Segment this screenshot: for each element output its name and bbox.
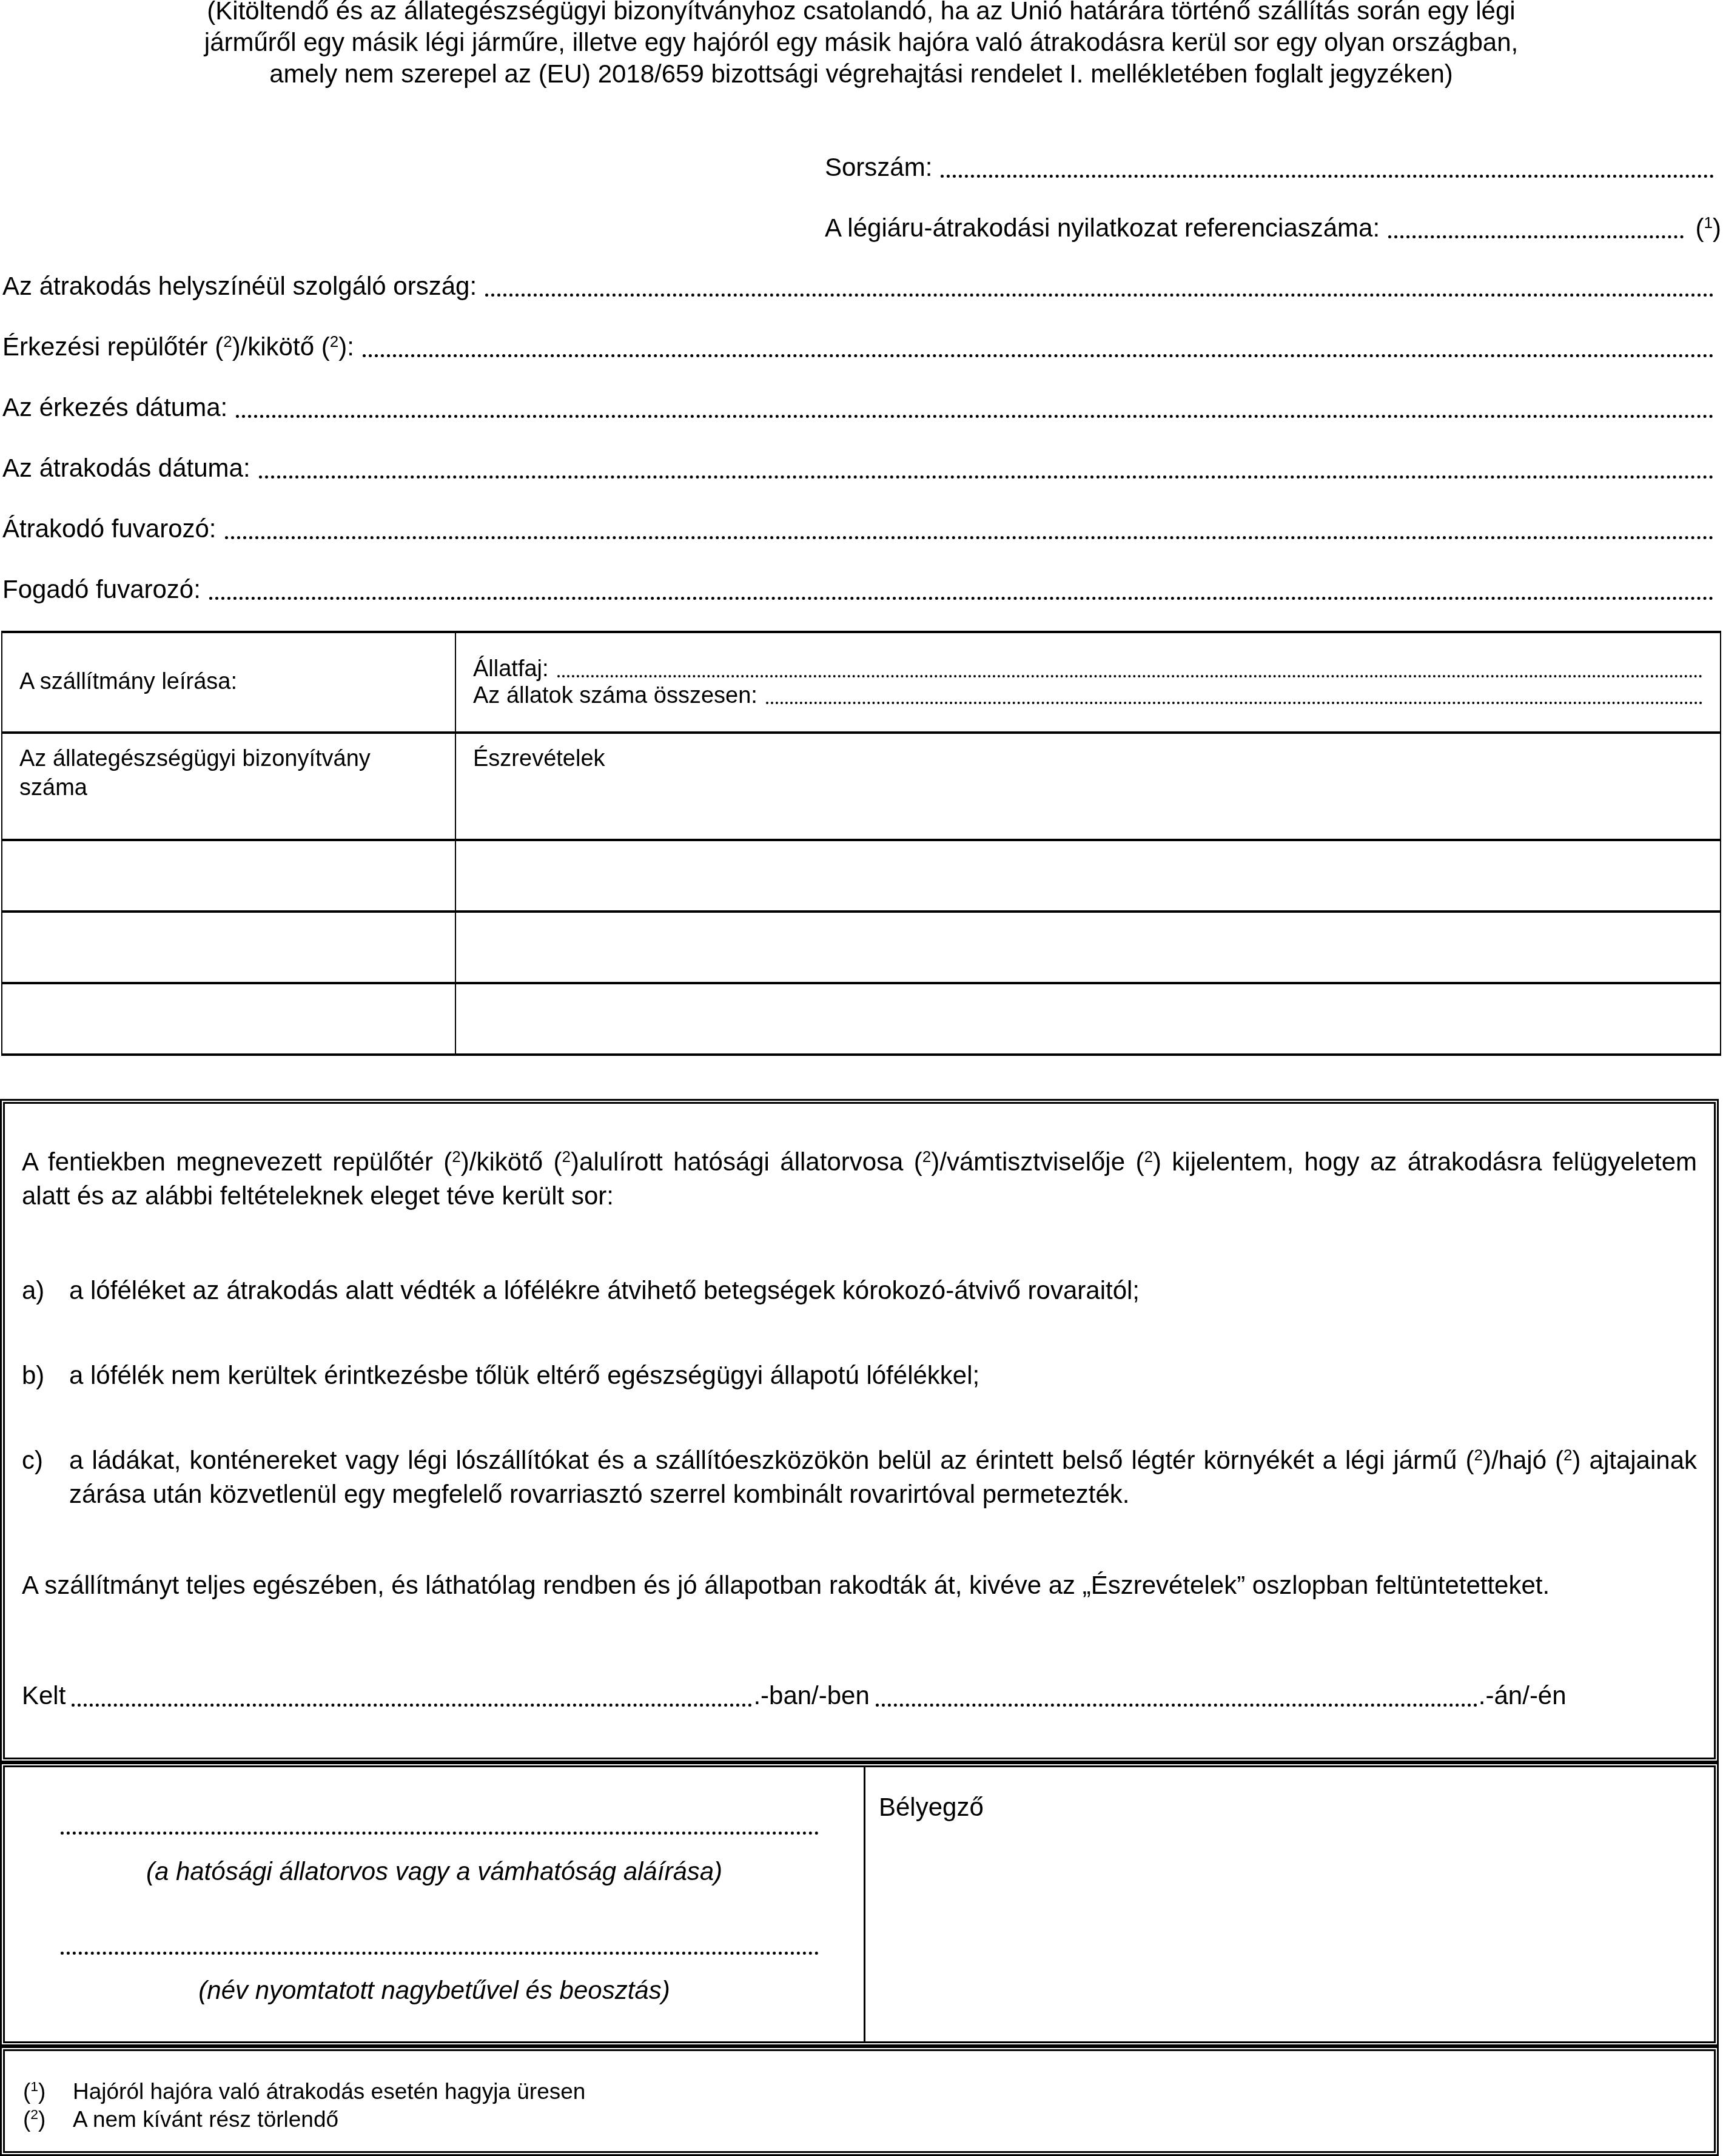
remarks-cell[interactable] [455, 840, 1721, 912]
item-text: a lófélék nem kerültek érintkezésbe tőlü… [69, 1358, 1697, 1392]
date-field[interactable] [876, 1704, 1477, 1707]
footnote-text: A nem kívánt rész törlendő [73, 2106, 338, 2134]
transhipping-carrier-label: Átrakodó fuvarozó: [2, 513, 217, 545]
declaration-intro: A fentiekben megnevezett repülőtér (2)/k… [22, 1145, 1697, 1213]
serial-number-field[interactable] [941, 175, 1714, 178]
condition-item-c: c) a ládákat, konténereket vagy légi lós… [22, 1443, 1697, 1511]
condition-item-a: a) a lóféléket az átrakodás alatt védték… [22, 1274, 1697, 1308]
table-row [2, 983, 1721, 1055]
item-marker: c) [22, 1443, 69, 1511]
signature-block: (a hatósági állatorvos vagy a vámhatóság… [0, 1762, 1719, 2046]
table-row [2, 840, 1721, 912]
name-caption: (név nyomtatott nagybetűvel és beosztás) [5, 1975, 864, 2007]
certificate-number-cell[interactable] [2, 912, 455, 983]
footnote-marker: (1) [23, 2078, 73, 2106]
remarks-cell[interactable] [455, 983, 1721, 1055]
name-field[interactable] [61, 1952, 819, 1955]
serial-number-row: Sorszám: [825, 152, 1718, 184]
place-field[interactable] [72, 1704, 752, 1707]
item-text: a lóféléket az átrakodás alatt védték a … [69, 1274, 1697, 1308]
stamp-cell: Bélyegző [865, 1767, 1714, 2041]
arrival-port-label: Érkezési repülőtér (2)/kikötő (2): [2, 331, 354, 363]
declaration-box: A fentiekben megnevezett repülőtér (2)/k… [0, 1099, 1719, 1762]
stamp-label: Bélyegző [879, 1792, 984, 1824]
consignment-description-label: A szállítmány leírása: [2, 632, 455, 733]
serial-number-label: Sorszám: [825, 152, 932, 184]
footnote-ref-1: (1) [1696, 212, 1721, 244]
transhipment-country-label: Az átrakodás helyszínéül szolgáló ország… [2, 270, 477, 303]
condition-item-b: b) a lófélék nem kerültek érintkezésbe t… [22, 1358, 1697, 1392]
total-animals-row: Az állatok száma összesen: [473, 682, 1703, 709]
consignment-table: A szállítmány leírása: Állatfaj: Az álla… [1, 631, 1721, 1056]
transhipment-country-row: Az átrakodás helyszínéül szolgáló ország… [2, 270, 1718, 303]
certificate-number-header: Az állategészségügyi bizonyítvány száma [2, 733, 455, 840]
species-label: Állatfaj: [473, 656, 549, 682]
receiving-carrier-field[interactable] [209, 597, 1714, 600]
total-animals-field[interactable] [766, 702, 1703, 704]
footnote-2: (2) A nem kívánt rész törlendő [23, 2106, 338, 2134]
item-marker: a) [22, 1274, 69, 1308]
reference-number-label: A légiáru-átrakodási nyilatkozat referen… [825, 212, 1380, 244]
transhipment-date-label: Az átrakodás dátuma: [2, 452, 250, 485]
item-marker: b) [22, 1358, 69, 1392]
species-row: Állatfaj: [473, 656, 1703, 682]
place-suffix: .-ban/-ben [753, 1679, 869, 1713]
signature-cell: (a hatósági állatorvos vagy a vámhatóság… [5, 1767, 865, 2041]
intro-line: amely nem szerepel az (EU) 2018/659 bizo… [121, 58, 1601, 90]
transhipping-carrier-row: Átrakodó fuvarozó: [2, 513, 1718, 545]
transhipment-country-field[interactable] [485, 294, 1714, 297]
total-animals-label: Az állatok száma összesen: [473, 682, 757, 709]
certificate-number-cell[interactable] [2, 840, 455, 912]
remarks-header: Észrevételek [455, 733, 1721, 840]
transhipment-date-field[interactable] [259, 475, 1714, 479]
kelt-label: Kelt [22, 1679, 65, 1713]
place-date-row: Kelt .-ban/-ben .-án/-én [22, 1679, 1605, 1713]
form-intro: (Kitöltendő és az állategészségügyi bizo… [121, 0, 1601, 90]
date-suffix: .-án/-én [1479, 1679, 1567, 1713]
arrival-port-row: Érkezési repülőtér (2)/kikötő (2): [2, 331, 1718, 363]
intro-line: (Kitöltendő és az állategészségügyi bizo… [121, 0, 1601, 27]
footnote-text: Hajóról hajóra való átrakodás esetén hag… [73, 2078, 585, 2106]
footnote-marker: (2) [23, 2106, 73, 2134]
item-text: a ládákat, konténereket vagy légi lószál… [69, 1443, 1697, 1511]
receiving-carrier-label: Fogadó fuvarozó: [2, 574, 201, 606]
intro-line: járműről egy másik légi járműre, illetve… [121, 27, 1601, 58]
arrival-port-field[interactable] [363, 354, 1714, 357]
reference-number-field[interactable] [1388, 235, 1683, 238]
reference-number-row: A légiáru-átrakodási nyilatkozat referen… [825, 212, 1721, 244]
table-row [2, 912, 1721, 983]
consignment-description-cell: Állatfaj: Az állatok száma összesen: [455, 632, 1721, 733]
arrival-date-label: Az érkezés dátuma: [2, 392, 227, 424]
signature-field[interactable] [61, 1832, 819, 1835]
signature-caption: (a hatósági állatorvos vagy a vámhatóság… [5, 1856, 864, 1888]
arrival-date-row: Az érkezés dátuma: [2, 392, 1718, 424]
species-field[interactable] [557, 675, 1703, 677]
arrival-date-field[interactable] [236, 415, 1714, 418]
remarks-cell[interactable] [455, 912, 1721, 983]
receiving-carrier-row: Fogadó fuvarozó: [2, 574, 1718, 606]
declaration-closing: A szállítmányt teljes egészében, és láth… [22, 1568, 1697, 1602]
footnotes: (1) Hajóról hajóra való átrakodás esetén… [0, 2046, 1719, 2156]
table-header-row: Az állategészségügyi bizonyítvány száma … [2, 733, 1721, 840]
table-row: A szállítmány leírása: Állatfaj: Az álla… [2, 632, 1721, 733]
footnote-1: (1) Hajóról hajóra való átrakodás esetén… [23, 2078, 585, 2106]
certificate-number-cell[interactable] [2, 983, 455, 1055]
transhipping-carrier-field[interactable] [225, 536, 1714, 539]
transhipment-date-row: Az átrakodás dátuma: [2, 452, 1718, 485]
